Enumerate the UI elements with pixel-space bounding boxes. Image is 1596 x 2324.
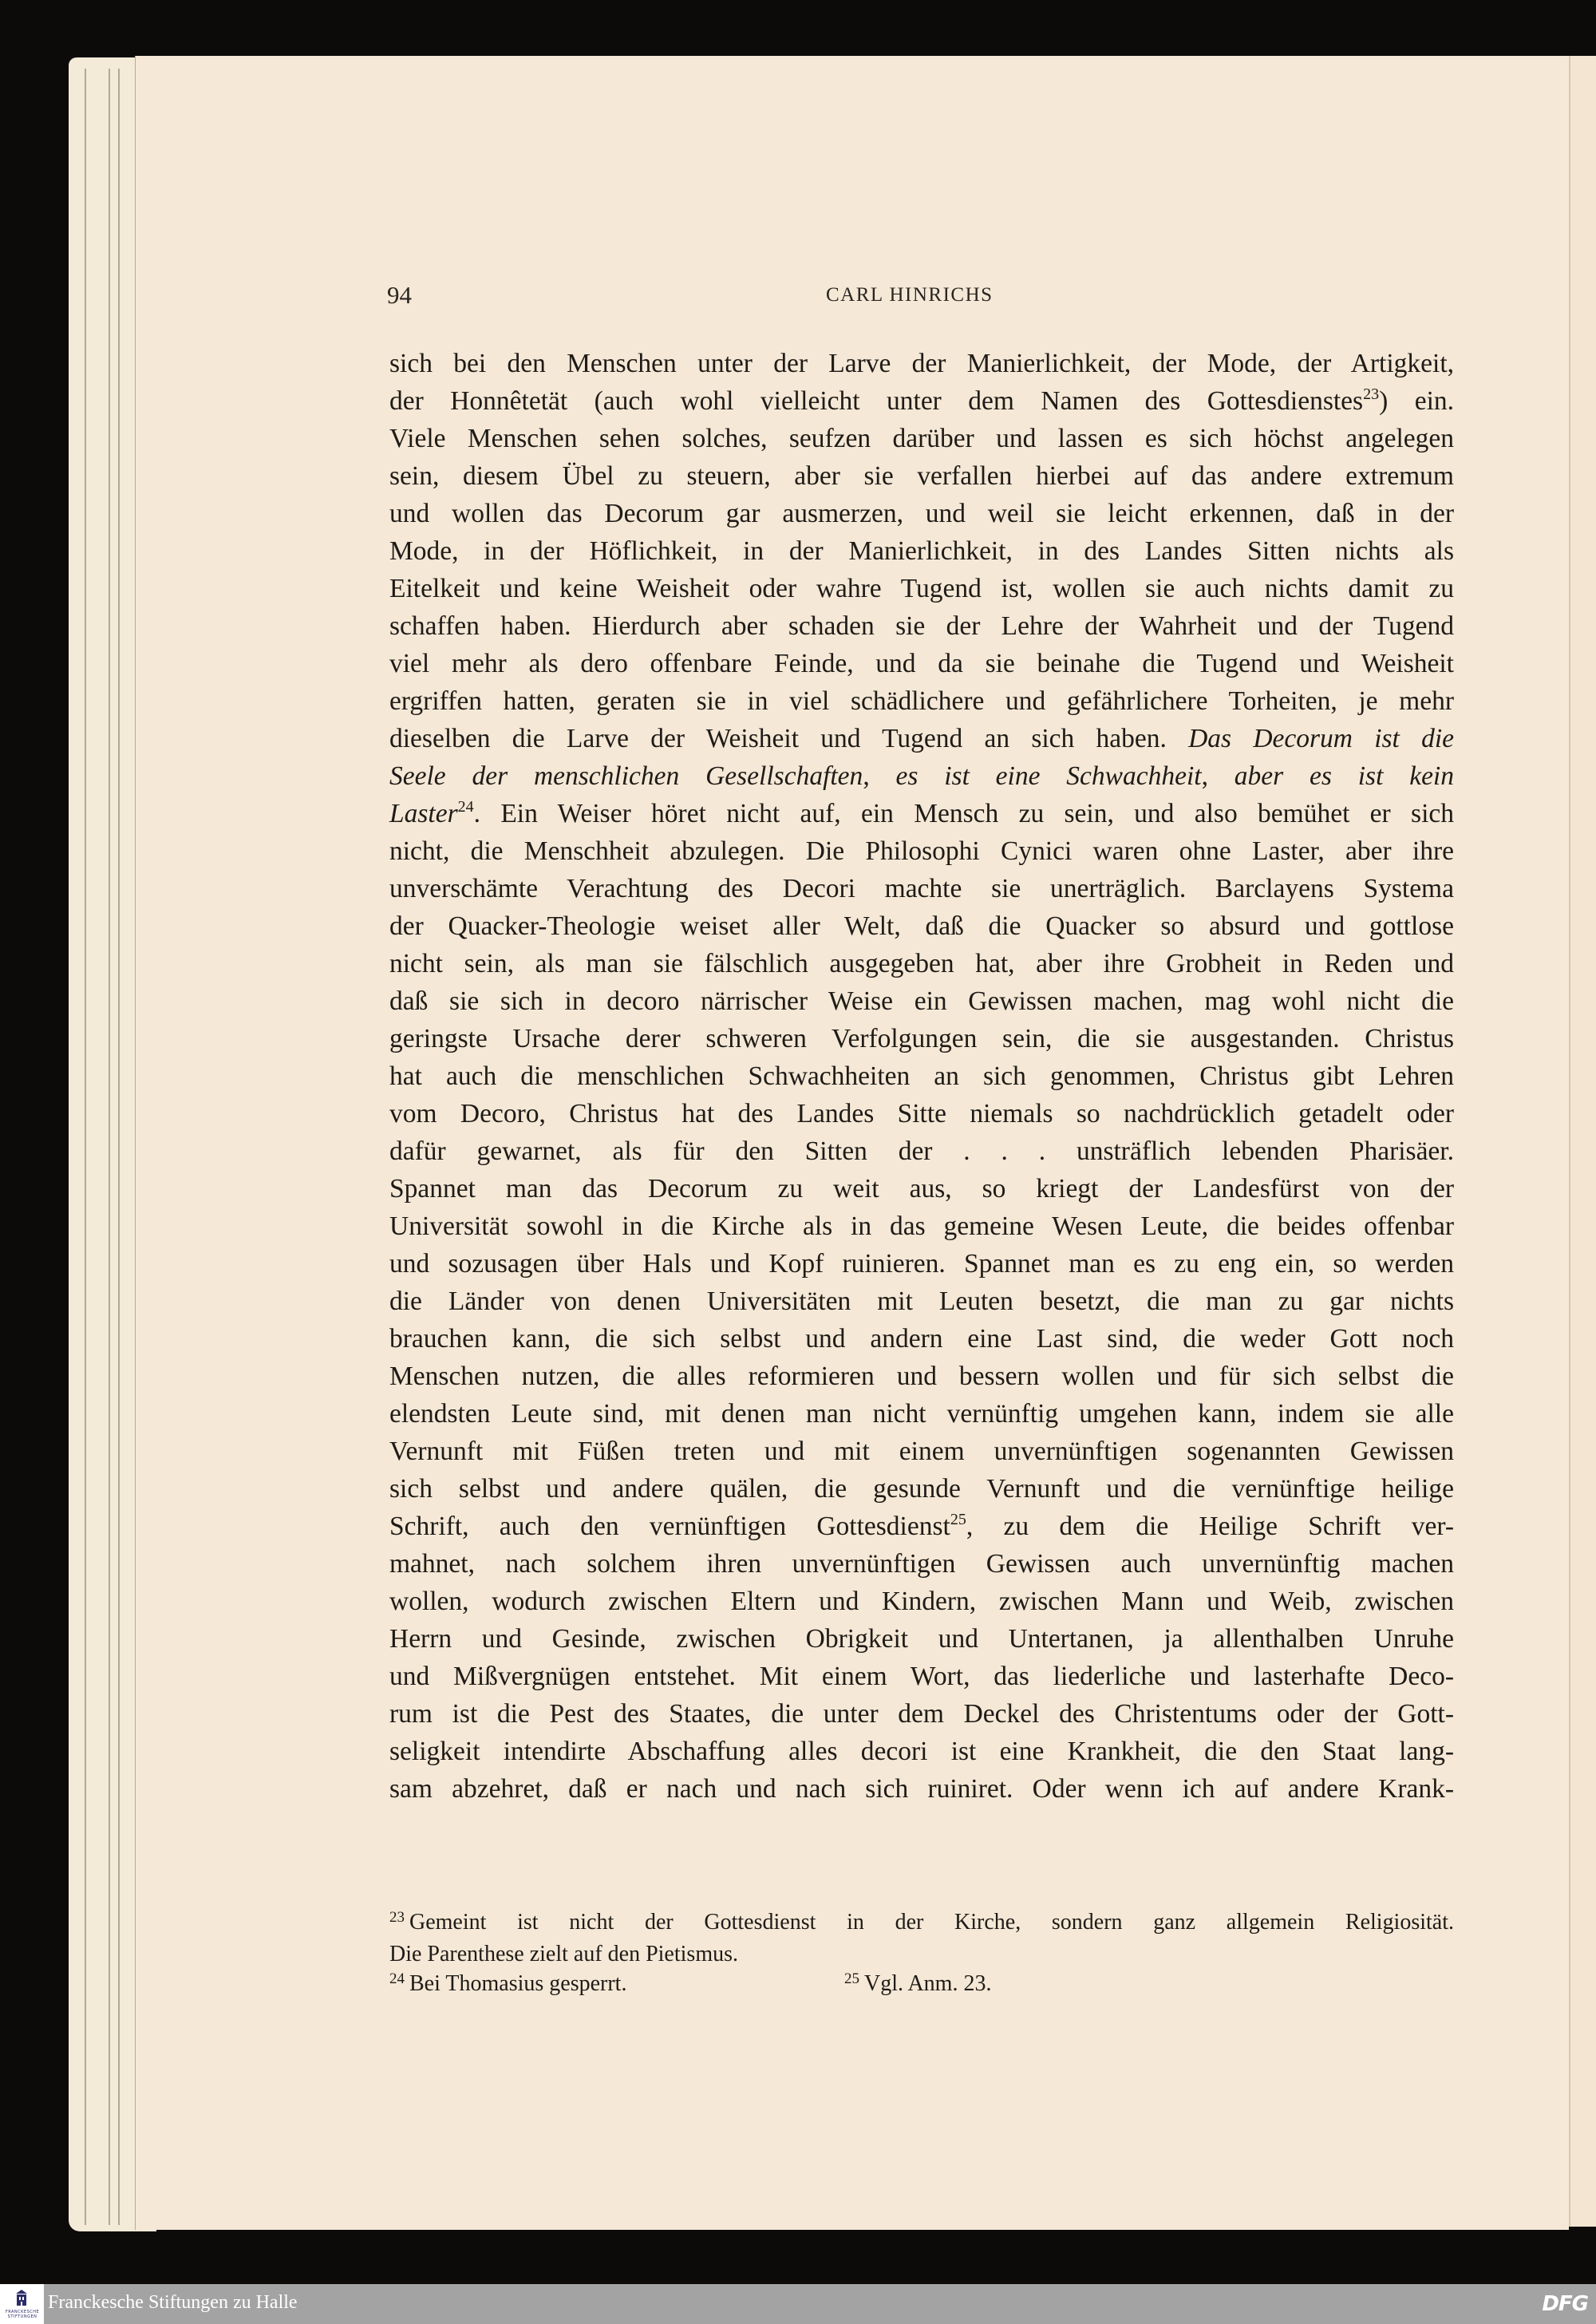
text-line: und wollen das Decorum gar ausmerzen, un… (389, 495, 1454, 532)
italic-emphasis: Seele der menschlichen Gesellschaften (389, 761, 863, 791)
viewer-footer-bar: FRANCKESCHE STIFTUNGEN Franckesche Stift… (0, 2284, 1596, 2324)
dfg-logo[interactable]: DFG (1542, 2292, 1588, 2316)
text-run: geringste Ursache derer schweren Verfolg… (389, 1024, 1454, 1053)
text-line: der Honnêtetät (auch wohl vielleicht unt… (389, 382, 1454, 420)
text-line: seligkeit intendirte Abschaffung alles d… (389, 1733, 1454, 1770)
text-line: vom Decoro, Christus hat des Landes Sitt… (389, 1095, 1454, 1132)
text-run: dieselben die Larve der Weisheit und Tug… (389, 724, 1188, 753)
text-line: brauchen kann, die sich selbst und ander… (389, 1320, 1454, 1358)
body-text: sich bei den Menschen unter der Larve de… (389, 345, 1454, 1808)
institution-name: Franckesche Stiftungen zu Halle (48, 2292, 298, 2314)
text-line: nicht sein, als man sie fälschlich ausge… (389, 945, 1454, 982)
logo-caption: FRANCKESCHE STIFTUNGEN (2, 2310, 43, 2319)
text-run: sich selbst und andere quälen, die gesun… (389, 1474, 1454, 1504)
text-line: viel mehr als dero offenbare Feinde, und… (389, 645, 1454, 682)
text-line: unverschämte Verachtung des Decori macht… (389, 870, 1454, 907)
text-line: schaffen haben. Hierdurch aber schaden s… (389, 607, 1454, 645)
text-line: sein, diesem Übel zu steuern, aber sie v… (389, 457, 1454, 495)
text-run: der Honnêtetät (auch wohl vielleicht unt… (389, 386, 1363, 416)
franckesche-stiftungen-logo[interactable]: FRANCKESCHE STIFTUNGEN (0, 2284, 44, 2324)
footnote-25: 25Vgl. Anm. 23. (844, 1969, 991, 2001)
text-line: dafür gewarnet, als für den Sitten der .… (389, 1132, 1454, 1170)
text-line: dieselben die Larve der Weisheit und Tug… (389, 720, 1454, 757)
text-line: mahnet, nach solchem ihren unvernünftige… (389, 1545, 1454, 1583)
text-run: rum ist die Pest des Staates, die unter … (389, 1699, 1454, 1729)
text-line: Mode, in der Höflichkeit, in der Manierl… (389, 532, 1454, 570)
text-line: ergriffen hatten, geraten sie in viel sc… (389, 682, 1454, 720)
text-line: Eitelkeit und keine Weisheit oder wahre … (389, 570, 1454, 607)
text-line: hat auch die menschlichen Schwachheiten … (389, 1057, 1454, 1095)
text-line: Viele Menschen sehen solches, seufzen da… (389, 420, 1454, 457)
text-run: Herrn und Gesinde, zwischen Obrigkeit un… (389, 1624, 1454, 1654)
text-run: Schrift, auch den vernünftigen Gottesdie… (389, 1512, 950, 1541)
text-line: daß sie sich in decoro närrischer Weise … (389, 982, 1454, 1020)
text-run: , (863, 761, 895, 791)
text-run: daß sie sich in decoro närrischer Weise … (389, 986, 1454, 1016)
page-edge-line (85, 69, 86, 2225)
text-run: schaffen haben. Hierdurch aber schaden s… (389, 611, 1454, 641)
page-edge-line (118, 69, 120, 2225)
text-line: sich selbst und andere quälen, die gesun… (389, 1470, 1454, 1508)
text-line: Schrift, auch den vernünftigen Gottesdie… (389, 1508, 1454, 1545)
text-line: nicht, die Menschheit abzulegen. Die Phi… (389, 832, 1454, 870)
text-line: Seele der menschlichen Gesellschaften, e… (389, 757, 1454, 795)
text-run: vom Decoro, Christus hat des Landes Sitt… (389, 1099, 1454, 1128)
text-line: und sozusagen über Hals und Kopf ruinier… (389, 1245, 1454, 1283)
text-run: Mode, in der Höflichkeit, in der Manierl… (389, 536, 1454, 566)
footnote-text: Vgl. Anm. 23. (864, 1971, 991, 1996)
text-run: nicht sein, als man sie fälschlich ausge… (389, 949, 1454, 978)
text-line: Universität sowohl in die Kirche als in … (389, 1207, 1454, 1245)
italic-emphasis: Laster (389, 799, 458, 828)
text-run: hat auch die menschlichen Schwachheiten … (389, 1061, 1454, 1091)
text-run: und Mißvergnügen entstehet. Mit einem Wo… (389, 1662, 1454, 1691)
text-run: Menschen nutzen, die alles reformieren u… (389, 1362, 1454, 1391)
text-run: viel mehr als dero offenbare Feinde, und… (389, 649, 1454, 678)
logo-caption-line2: STIFTUNGEN (8, 2314, 38, 2319)
text-run: ) ein. (1379, 386, 1454, 416)
text-run: ergriffen hatten, geraten sie in viel sc… (389, 686, 1454, 716)
text-line: Laster24. Ein Weiser höret nicht auf, ei… (389, 795, 1454, 832)
text-run: Vernunft mit Füßen treten und mit einem … (389, 1437, 1454, 1466)
text-run: sam abzehret, daß er nach und nach sich … (389, 1774, 1454, 1804)
footnotes: 23Gemeint ist nicht der Gottesdienst in … (389, 1907, 1454, 2001)
text-run: Viele Menschen sehen solches, seufzen da… (389, 424, 1454, 453)
footnote-reference: 25 (950, 1511, 966, 1528)
footnote-text: Bei Thomasius gesperrt. (409, 1971, 626, 1996)
page-edge-line (109, 69, 110, 2225)
footnote-number: 24 (389, 1970, 405, 1987)
text-line: Vernunft mit Füßen treten und mit einem … (389, 1433, 1454, 1470)
text-line: sich bei den Menschen unter der Larve de… (389, 345, 1454, 382)
text-run: seligkeit intendirte Abschaffung alles d… (389, 1737, 1454, 1766)
footnote-24: 24Bei Thomasius gesperrt. (389, 1971, 626, 1996)
text-run: . Ein Weiser höret nicht auf, ein Mensch… (474, 799, 1454, 828)
text-run: , (1202, 761, 1235, 791)
text-run: , zu dem die Heilige Schrift ver- (966, 1512, 1454, 1541)
text-run: elendsten Leute sind, mit denen man nich… (389, 1399, 1454, 1429)
text-run: Eitelkeit und keine Weisheit oder wahre … (389, 574, 1454, 603)
text-line: Herrn und Gesinde, zwischen Obrigkeit un… (389, 1620, 1454, 1658)
text-run: sein, diesem Übel zu steuern, aber sie v… (389, 461, 1454, 491)
text-run: und wollen das Decorum gar ausmerzen, un… (389, 499, 1454, 528)
text-run: unverschämte Verachtung des Decori macht… (389, 874, 1454, 903)
text-run: mahnet, nach solchem ihren unvernünftige… (389, 1549, 1454, 1579)
italic-emphasis: Das Decorum ist die (1188, 724, 1454, 753)
text-run: Spannet man das Decorum zu weit aus, so … (389, 1174, 1454, 1203)
page-number: 94 (387, 281, 412, 310)
footnote-text: Gemeint ist nicht der Gottesdienst in de… (409, 1910, 1454, 1935)
text-line: Spannet man das Decorum zu weit aus, so … (389, 1170, 1454, 1207)
institution-building-icon (13, 2289, 30, 2308)
text-run: die Länder von denen Universitäten mit L… (389, 1286, 1454, 1316)
running-title: CARL HINRICHS (826, 284, 994, 306)
footnote-number: 25 (844, 1970, 859, 1987)
text-run: sich bei den Menschen unter der Larve de… (389, 349, 1454, 378)
text-line: elendsten Leute sind, mit denen man nich… (389, 1395, 1454, 1433)
text-line: Menschen nutzen, die alles reformieren u… (389, 1358, 1454, 1395)
text-run: wollen, wodurch zwischen Eltern und Kind… (389, 1587, 1454, 1616)
footnote-reference: 23 (1363, 385, 1379, 403)
text-run: brauchen kann, die sich selbst und ander… (389, 1324, 1454, 1354)
footnote-23-line1: 23Gemeint ist nicht der Gottesdienst in … (389, 1907, 1454, 1939)
running-head: 94 CARL HINRICHS (136, 281, 1569, 313)
text-line: wollen, wodurch zwischen Eltern und Kind… (389, 1583, 1454, 1620)
italic-emphasis: aber es ist kein (1235, 761, 1454, 791)
text-line: geringste Ursache derer schweren Verfolg… (389, 1020, 1454, 1057)
book-page: 94 CARL HINRICHS sich bei den Menschen u… (136, 56, 1569, 2230)
footnote-23-line2: Die Parenthese zielt auf den Pietismus. (389, 1939, 1454, 1969)
footnote-row: 24Bei Thomasius gesperrt. 25Vgl. Anm. 23… (389, 1969, 1454, 2001)
text-line: die Länder von denen Universitäten mit L… (389, 1283, 1454, 1320)
text-line: der Quacker-Theologie weiset aller Welt,… (389, 907, 1454, 945)
text-run: der Quacker-Theologie weiset aller Welt,… (389, 911, 1454, 941)
text-run: dafür gewarnet, als für den Sitten der .… (389, 1136, 1454, 1166)
text-run: und sozusagen über Hals und Kopf ruinier… (389, 1249, 1454, 1279)
text-line: sam abzehret, daß er nach und nach sich … (389, 1770, 1454, 1808)
footnote-number: 23 (389, 1909, 405, 1926)
text-run: nicht, die Menschheit abzulegen. Die Phi… (389, 836, 1454, 866)
next-page-edge (1569, 56, 1596, 2227)
text-line: rum ist die Pest des Staates, die unter … (389, 1695, 1454, 1733)
footnote-reference: 24 (458, 798, 474, 816)
italic-emphasis: es ist eine Schwachheit (896, 761, 1202, 791)
text-run: Universität sowohl in die Kirche als in … (389, 1211, 1454, 1241)
text-line: und Mißvergnügen entstehet. Mit einem Wo… (389, 1658, 1454, 1695)
